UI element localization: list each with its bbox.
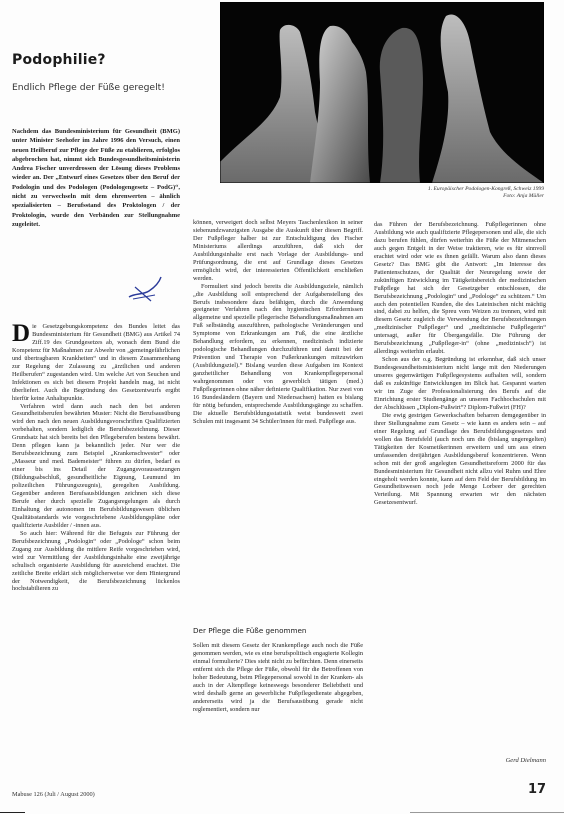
caption-line-1: 1. Europäischer Podologen-Kongreß, Schwe…: [360, 186, 544, 193]
body-paragraph: Sollen mit diesem Gesetz der Krankenpfle…: [193, 642, 363, 714]
footer-rule: [410, 812, 564, 813]
photo-caption: 1. Europäischer Podologen-Kongreß, Schwe…: [360, 186, 544, 200]
body-paragraph: Verfahren wird dann auch nach den bei an…: [12, 403, 180, 530]
body-paragraph: Formuliert sind jedoch bereits die Ausbi…: [193, 283, 363, 426]
body-paragraph: Die ewig gestrigen Gewerkschaften beharr…: [374, 412, 546, 507]
body-paragraph: können, verweigert doch selbst Meyers Ta…: [193, 219, 363, 283]
signature-scribble-icon: [125, 273, 165, 305]
column-3: das Führen der Berufsbezeichnung. Fußpfl…: [374, 221, 546, 748]
section-heading: Der Pflege die Füße genommen: [193, 626, 306, 635]
lead-paragraph: Nachdem das Bundesministerium für Gesund…: [12, 127, 180, 229]
body-paragraph: Die Gesetzgebungskompetenz des Bundes le…: [12, 323, 180, 403]
column-1: Die Gesetzgebungskompetenz des Bundes le…: [12, 323, 180, 593]
body-paragraph: So auch hier: Während für die Befugnis z…: [12, 530, 180, 594]
issue-footer: Mabuse 126 (Juli / August 2000): [12, 791, 95, 798]
column-2: können, verweigert doch selbst Meyers Ta…: [193, 219, 363, 617]
caption-photo-credit: Foto: Anja Müller: [360, 193, 544, 200]
feet-photo: [220, 2, 544, 183]
article-subtitle: Endlich Pflege der Füße geregelt!: [12, 82, 165, 93]
dropcap: D: [12, 324, 30, 343]
feet-image-icon: [220, 2, 544, 183]
author-name: Gerd Dielmann: [440, 757, 546, 764]
page-number: 17: [528, 782, 546, 797]
body-paragraph: Schon aus der o.g. Begründung ist erkenn…: [374, 356, 546, 412]
magazine-page: Podophilie? Endlich Pflege der Füße gere…: [0, 0, 564, 814]
body-paragraph: das Führen der Berufsbezeichnung. Fußpfl…: [374, 221, 546, 356]
footer-rule: [0, 812, 25, 813]
article-title: Podophilie?: [12, 52, 106, 68]
column-2-section: Sollen mit diesem Gesetz der Krankenpfle…: [193, 642, 363, 738]
